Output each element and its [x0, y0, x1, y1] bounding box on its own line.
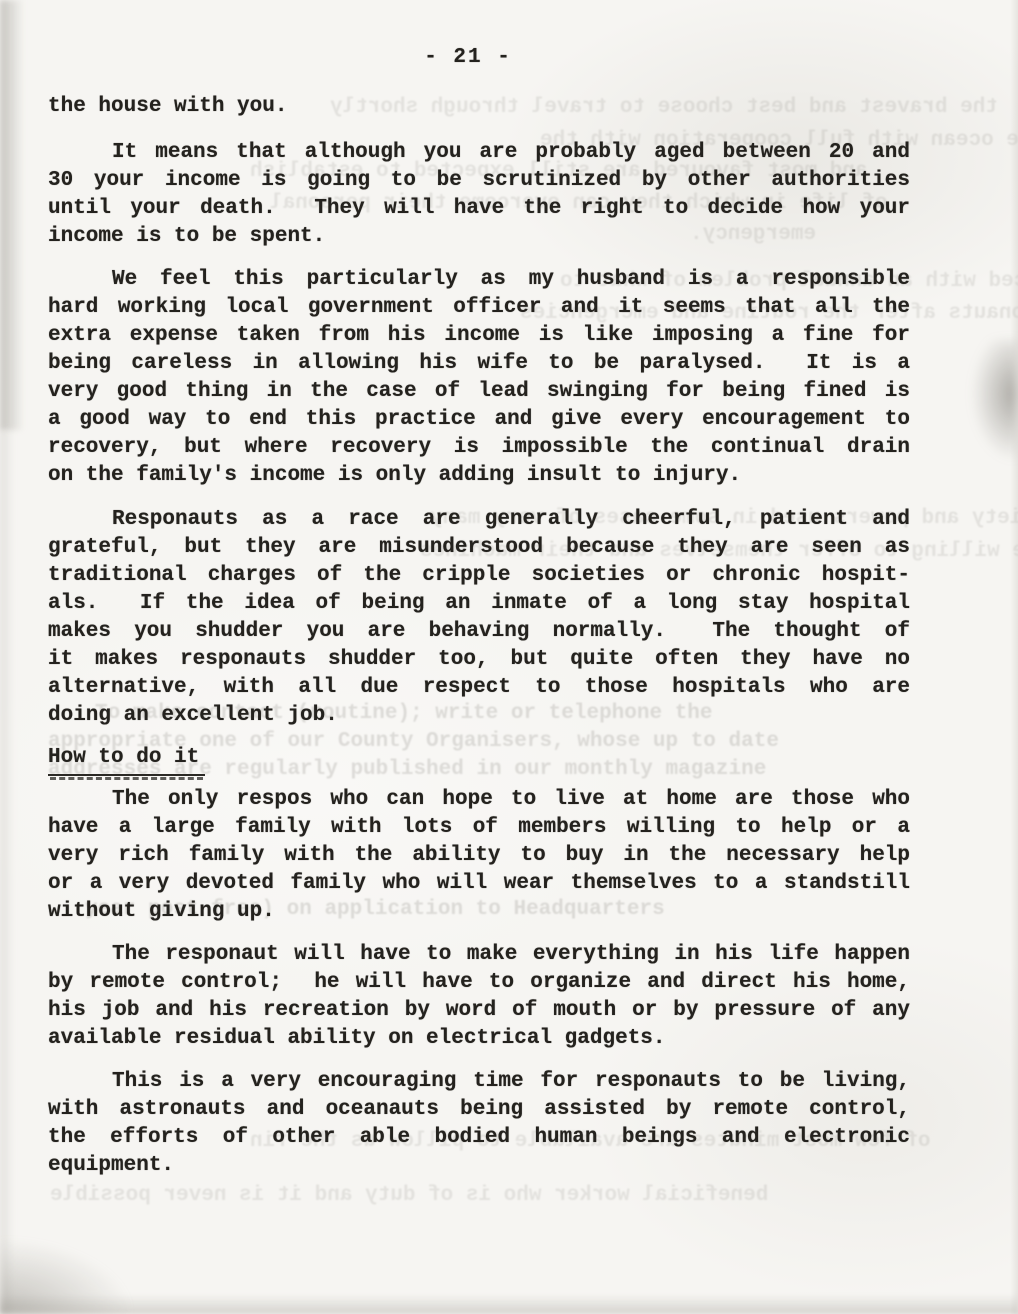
text-line: available residual ability on electrical… — [48, 1025, 910, 1053]
paragraph-we-feel: We feel this particularly as my husband … — [48, 266, 910, 490]
text-line: very good thing in the case of lead swin… — [48, 378, 910, 406]
section-heading: How to do it — [48, 744, 205, 776]
text-line: grateful, but they are misunderstood bec… — [48, 534, 910, 562]
text-line: until your death. They will have the rig… — [48, 195, 910, 223]
page-number: - 21 - — [388, 44, 548, 72]
text-line: als. If the idea of being an inmate of a… — [48, 590, 910, 618]
paragraph-remote-control: The responaut will have to make everythi… — [48, 941, 910, 1053]
bottom-left-corner-shadow — [0, 1240, 130, 1314]
right-edge-smudge — [972, 340, 1018, 460]
paragraph-continuation: the house with you. — [48, 93, 910, 121]
text-line: hard working local government officer an… — [48, 294, 910, 322]
text-line: the house with you. — [48, 93, 910, 121]
paragraph-encouraging-time: This is a very encouraging time for resp… — [48, 1068, 910, 1180]
text-line: with astronauts and oceanauts being assi… — [48, 1096, 910, 1124]
text-line: on the family's income is only adding in… — [48, 462, 910, 490]
paragraph-it-means: It means that although you are probably … — [48, 139, 910, 251]
text-line: being careless in allowing his wife to b… — [48, 350, 910, 378]
text-line: makes you shudder you are behaving norma… — [48, 618, 910, 646]
paragraph-responauts: Responauts as a race are generally cheer… — [48, 506, 910, 730]
text-line: by remote control; he will have to organ… — [48, 969, 910, 997]
text-line: the efforts of other able bodied human b… — [48, 1124, 910, 1152]
text-line: We feel this particularly as my husband … — [48, 266, 910, 294]
text-line: have a large family with lots of members… — [48, 814, 910, 842]
text-line: The only respos who can hope to live at … — [48, 786, 910, 814]
scanned-document-page: the bravest and best choose to travel th… — [0, 0, 1018, 1314]
text-line: a good way to end this practice and give… — [48, 406, 910, 434]
text-line: or a very devoted family who will wear t… — [48, 870, 910, 898]
bottom-edge-shadow — [0, 1294, 1018, 1314]
text-line: very rich family with the ability to buy… — [48, 842, 910, 870]
text-line: 30 your income is going to be scrutinize… — [48, 167, 910, 195]
left-edge-shadow — [0, 0, 24, 430]
text-line: it makes responauts shudder too, but qui… — [48, 646, 910, 674]
text-line: doing an excellent job. — [48, 702, 910, 730]
text-line: This is a very encouraging time for resp… — [48, 1068, 910, 1096]
left-edge-shadow-lower — [0, 430, 14, 1314]
text-line: It means that although you are probably … — [48, 139, 910, 167]
text-line: alternative, with all due respect to tho… — [48, 674, 910, 702]
text-line: without giving up. — [48, 898, 910, 926]
right-edge-shadow — [1010, 0, 1018, 1314]
section-heading-text: How to do it — [48, 744, 205, 776]
text-line: his job and his recreation by word of mo… — [48, 997, 910, 1025]
text-line: extra expense taken from his income is l… — [48, 322, 910, 350]
text-line: Responauts as a race are generally cheer… — [48, 506, 910, 534]
text-line: traditional charges of the cripple socie… — [48, 562, 910, 590]
text-line: income is to be spent. — [48, 223, 910, 251]
text-line: The responaut will have to make everythi… — [48, 941, 910, 969]
text-line: recovery, but where recovery is impossib… — [48, 434, 910, 462]
paragraph-only-respos: The only respos who can hope to live at … — [48, 786, 910, 926]
text-line: equipment. — [48, 1152, 910, 1180]
bleed-through-text: beneficial worker who is of duty and it … — [50, 1182, 768, 1210]
